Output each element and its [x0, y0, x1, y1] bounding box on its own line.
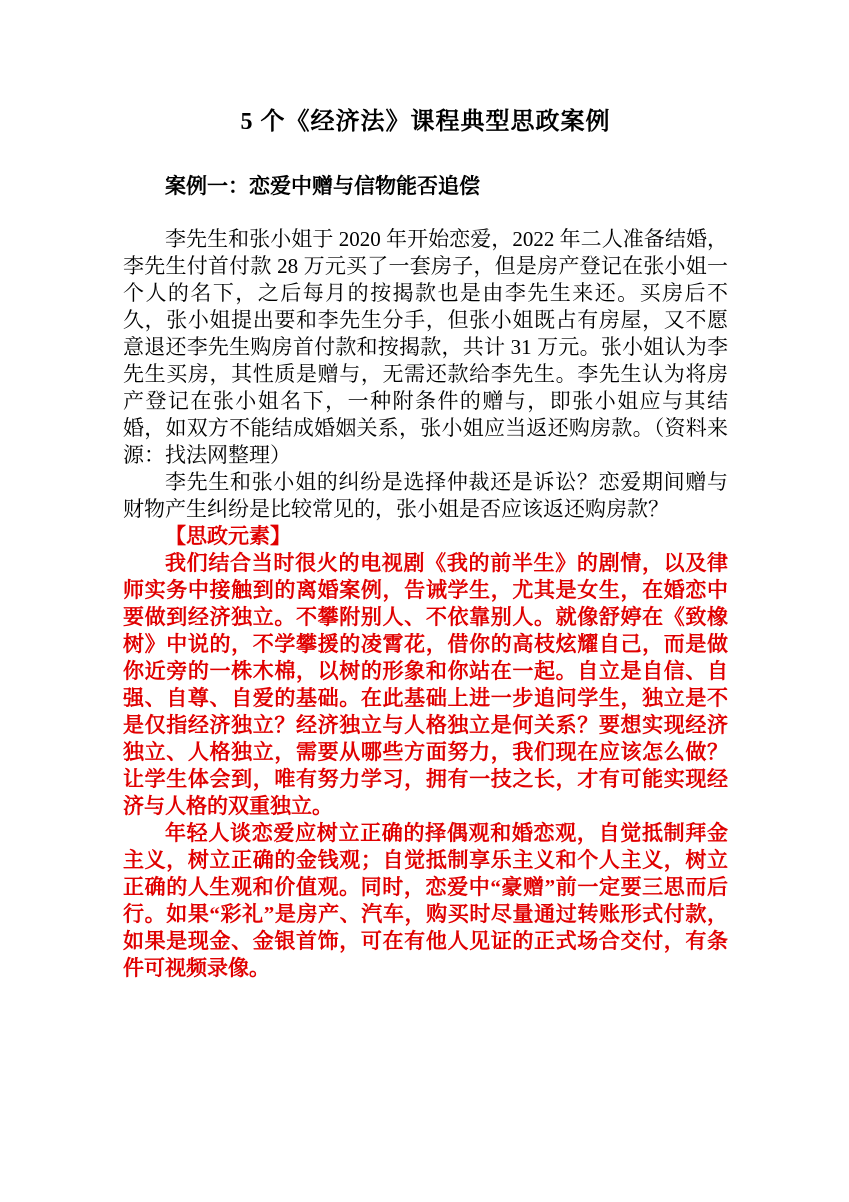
section-heading-case-one: 案例一：恋爱中赠与信物能否追偿 [123, 172, 728, 200]
ideology-paragraph-independence: 我们结合当时很火的电视剧《我的前半生》的剧情，以及律师实务中接触到的离婚案例，告… [123, 550, 728, 820]
case-paragraph-facts: 李先生和张小姐于 2020 年开始恋爱，2022 年二人准备结婚，李先生付首付款… [123, 226, 728, 469]
ideology-elements-label: 【思政元素】 [123, 523, 728, 550]
document-page: 5 个《经济法》课程典型思政案例 案例一：恋爱中赠与信物能否追偿 李先生和张小姐… [0, 0, 849, 1202]
case-paragraph-questions: 李先生和张小姐的纠纷是选择仲裁还是诉讼？恋爱期间赠与财物产生纠纷是比较常见的，张… [123, 469, 728, 523]
ideology-paragraph-values: 年轻人谈恋爱应树立正确的择偶观和婚恋观，自觉抵制拜金主义，树立正确的金钱观；自觉… [123, 820, 728, 982]
document-title: 5 个《经济法》课程典型思政案例 [123, 106, 728, 138]
